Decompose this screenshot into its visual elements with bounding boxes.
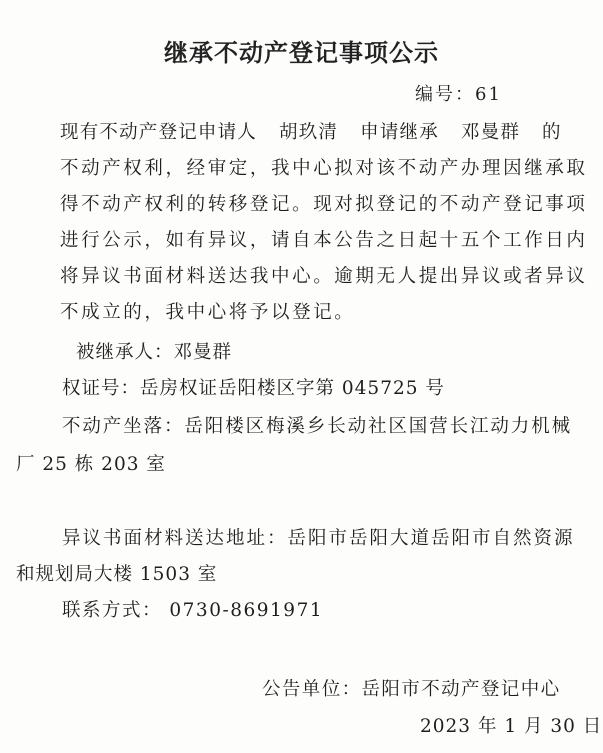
- body-line-1: 现有不动产登记申请人胡玖清申请继承邓曼群的: [60, 118, 562, 144]
- contact-info: 联系方式： 0730-8691971: [62, 596, 323, 622]
- body-text: 现有不动产登记申请人: [60, 122, 257, 143]
- page-title: 继承不动产登记事项公示: [0, 33, 603, 68]
- applicant-name: 胡玖清: [279, 122, 338, 143]
- issuer: 公告单位：岳阳市不动产登记中心: [262, 675, 561, 701]
- objection-address-cont: 和规划局大楼 1503 室: [16, 560, 217, 586]
- body-line-3: 得不动产权利的转移登记。现对拟登记的不动产登记事项: [60, 190, 588, 216]
- body-line-5: 将异议书面材料送达我中心。逾期无人提出异议或者异议: [60, 262, 588, 288]
- document-number: 编号：61: [415, 80, 502, 106]
- body-line-4: 进行公示，如有异议，请自本公告之日起十五个工作日内: [60, 226, 588, 252]
- body-text: 的: [542, 122, 562, 143]
- property-location: 不动产坐落：岳阳楼区梅溪乡长动社区国营长江动力机械: [62, 412, 572, 438]
- body-text: 申请继承: [360, 122, 439, 143]
- body-line-6: 不成立的，我中心将予以登记。: [60, 298, 355, 324]
- property-location-cont: 厂 25 栋 203 室: [16, 450, 166, 476]
- inheritee: 被继承人：邓曼群: [76, 338, 232, 364]
- body-line-2: 不动产权利，经审定，我中心拟对该不动产办理因继承取: [60, 154, 588, 180]
- decedent-name: 邓曼群: [461, 122, 520, 143]
- issue-date: 2023 年 1 月 30 日: [420, 712, 602, 738]
- certificate-number: 权证号：岳房权证岳阳楼区字第 045725 号: [62, 374, 445, 400]
- notice-page: 继承不动产登记事项公示 编号：61 现有不动产登记申请人胡玖清申请继承邓曼群的 …: [0, 0, 603, 753]
- objection-address: 异议书面材料送达地址：岳阳市岳阳大道岳阳市自然资源: [62, 524, 575, 550]
